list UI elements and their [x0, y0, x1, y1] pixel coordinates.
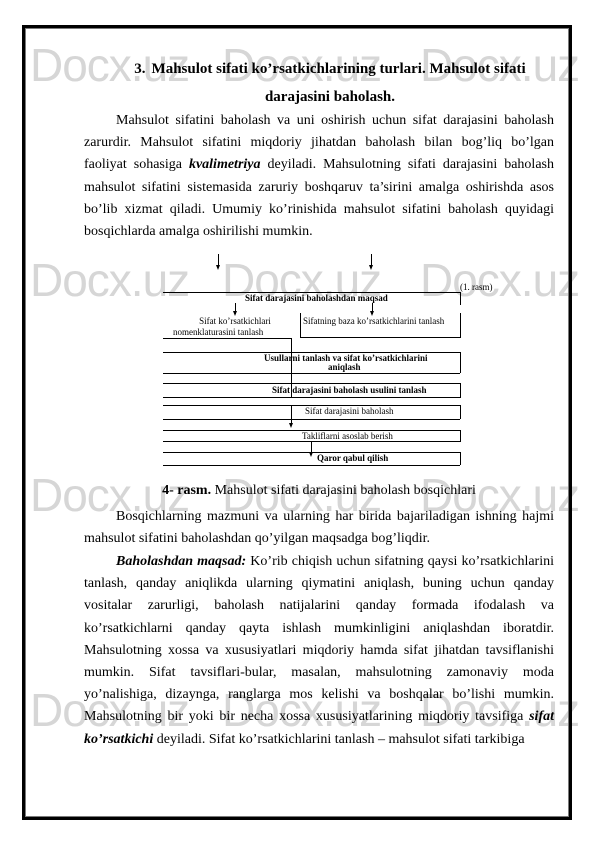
box-border — [460, 352, 461, 373]
figure-reference: (1. rasm) — [460, 282, 493, 293]
box-border — [460, 292, 461, 305]
box-border — [163, 452, 460, 453]
step-methods-line2: aniqlash — [328, 362, 361, 373]
box-border — [163, 338, 291, 339]
step-nomenclature-line2: nomenklaturasini tanlash — [173, 327, 263, 338]
paragraph-text: Bosqichlarning mazmuni va ularning har b… — [84, 509, 554, 546]
box-border — [460, 383, 461, 398]
box-border — [163, 465, 460, 466]
paragraph-goal: Baholashdan maqsad: Ko’rib chiqish uchun… — [84, 551, 554, 751]
step-method-selection: Sifat darajasini baholash usulini tanlas… — [272, 385, 427, 396]
arrow-down-icon — [289, 423, 293, 428]
figure-caption: 4- rasm. Mahsulot sifati darajasini baho… — [84, 481, 554, 501]
box-border — [460, 452, 461, 465]
box-border — [460, 430, 461, 442]
arrow-down-icon — [369, 265, 373, 270]
box-border — [460, 405, 461, 419]
step-nomenclature-line1: Sifat ko’rsatkichlari — [190, 316, 280, 327]
connector-line — [291, 405, 292, 425]
step-evaluation: Sifat darajasini baholash — [305, 406, 393, 417]
paragraph-stages: Bosqichlarning mazmuni va ularning har b… — [84, 506, 554, 550]
paragraph-text: Ko’rib chiqish uchun sifatning qaysi ko’… — [84, 554, 554, 724]
lead-term: Baholashdan maqsad: — [116, 554, 246, 569]
step-base-indicators: Sifatning baza ko’rsatkichlarini tanlash — [303, 316, 444, 327]
arrow-down-icon — [216, 265, 220, 270]
caption-text: Mahsulot sifati darajasini baholash bosq… — [211, 483, 476, 498]
caption-label: 4- rasm. — [162, 483, 211, 498]
box-border — [163, 419, 460, 420]
box-border — [163, 397, 460, 398]
box-border — [163, 383, 460, 384]
paragraph-text: deyiladi. Sifat ko’rsatkichlarini tanlas… — [153, 732, 524, 747]
box-border — [163, 373, 460, 374]
step-goal: Sifat darajasini baholashdan maqsad — [245, 293, 388, 304]
step-decision: Qaror qabul qilish — [317, 453, 388, 464]
